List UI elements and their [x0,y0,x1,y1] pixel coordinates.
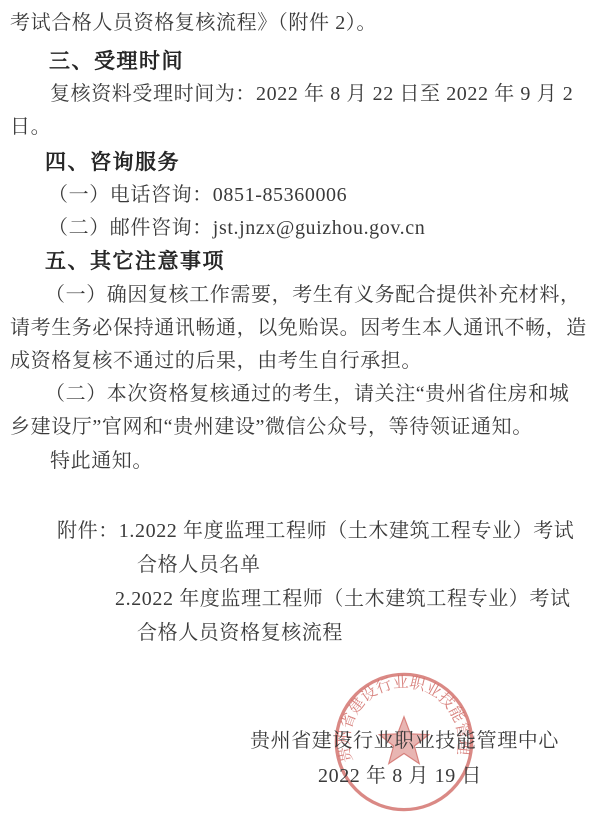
phone-consultation-line: （一）电话咨询：0851-85360006 [48,178,347,207]
section-5-heading: 五、其它注意事项 [45,245,225,275]
email-consultation-line: （二）邮件咨询：jst.jnzx@guizhou.gov.cn [48,211,425,240]
attachment-line-4: 合格人员资格复核流程 [137,616,343,645]
section-3-line-2: 日。 [10,110,51,139]
closing-line: 特此通知。 [50,444,153,473]
section-5-para-2-line-1: （二）本次资格复核通过的考生，请关注“贵州省住房和城 [45,377,569,406]
section-5-para-1-line-1: （一）确因复核工作需要，考生有义务配合提供补充材料， [45,278,581,307]
section-5-para-1-line-2: 请考生务必保持通讯畅通，以免贻误。因考生本人通讯不畅，造 [10,311,587,340]
section-3-line-1: 复核资料受理时间为：2022 年 8 月 22 日至 2022 年 9 月 2 [50,77,573,106]
section-3-heading: 三、受理时间 [49,45,184,75]
section-5-para-1-line-3: 成资格复核不通过的后果，由考生自行承担。 [10,344,422,373]
continuation-line: 考试合格人员资格复核流程》（附件 2）。 [10,6,377,35]
attachment-line-2: 合格人员名单 [137,548,261,577]
section-5-para-2-line-2: 乡建设厅”官网和“贵州建设”微信公众号，等待领证通知。 [10,410,533,439]
attachment-line-3: 2.2022 年度监理工程师（土木建筑工程专业）考试 [115,582,571,611]
attachment-line-1: 附件：1.2022 年度监理工程师（土木建筑工程专业）考试 [57,514,574,543]
signature-organization: 贵州省建设行业职业技能管理中心 [250,724,559,753]
signature-date: 2022 年 8 月 19 日 [318,759,482,788]
section-4-heading: 四、咨询服务 [45,146,180,176]
notice-document-page: 贵州省建设行业职业技能管理中心 考试合格人员资格复核流程》（附件 2）。 三、受… [0,0,599,820]
